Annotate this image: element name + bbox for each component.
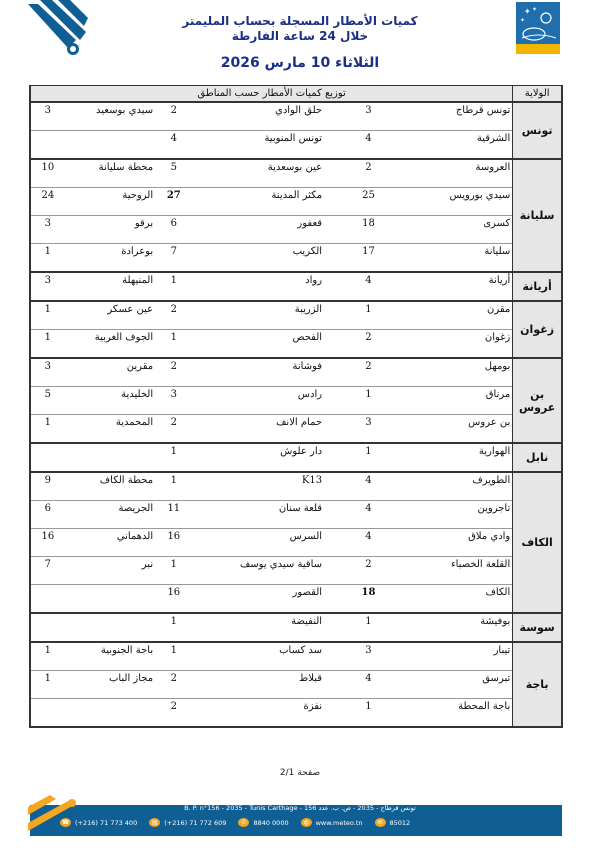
- station-name-2: الكريب: [193, 244, 325, 273]
- table-row: سوسةبوفيشة1النفيضة1: [30, 613, 562, 642]
- rain-value-2: 6: [155, 216, 192, 244]
- rain-value-1: 18: [324, 585, 413, 614]
- globe-icon: ◍: [301, 818, 312, 827]
- table-row: الكاف18القصور16: [30, 585, 562, 614]
- station-name-2: السرس: [193, 529, 325, 557]
- rain-value-3: 6: [30, 501, 65, 529]
- rain-value-1: 1: [324, 387, 413, 415]
- rain-value-2: 2: [155, 671, 192, 699]
- rain-value-3: 24: [30, 188, 65, 216]
- footer-contacts: ☎(+216) 71 773 400 ▤(+216) 71 772 609 ✆8…: [60, 818, 560, 827]
- station-name-3: عين عسكر: [65, 301, 155, 330]
- station-name-3: مقرين: [65, 358, 155, 387]
- rain-value-2: 1: [155, 472, 192, 501]
- rain-value-1: 2: [324, 330, 413, 359]
- rain-value-2: 2: [155, 699, 192, 728]
- station-name-3: باجة الجنوبية: [65, 642, 155, 671]
- rain-value-2: 27: [155, 188, 192, 216]
- rain-value-3: 9: [30, 472, 65, 501]
- station-name-3: الجوف الغربية: [65, 330, 155, 359]
- station-name-2: دار علوش: [193, 443, 325, 472]
- hotline-icon: ✆: [238, 818, 249, 827]
- rain-value-3: 7: [30, 557, 65, 585]
- station-name-1: القلعة الخصباء: [413, 557, 513, 585]
- station-name-3: الروحية: [65, 188, 155, 216]
- sms-text: 85012: [390, 819, 411, 827]
- footer-phone: ☎(+216) 71 773 400: [60, 818, 137, 827]
- rain-value-1: 3: [324, 102, 413, 131]
- rain-value-3: 1: [30, 415, 65, 444]
- table-row: باجةتيبار3سد كساب1باجة الجنوبية1: [30, 642, 562, 671]
- rain-value-3: 10: [30, 159, 65, 188]
- station-name-2: K13: [193, 472, 325, 501]
- svg-text:✦: ✦: [524, 7, 531, 16]
- station-name-1: الطويرف: [413, 472, 513, 501]
- wilaya-cell: باجة: [513, 642, 562, 727]
- rain-value-3: 3: [30, 216, 65, 244]
- rain-value-1: 1: [324, 613, 413, 642]
- rain-value-3: 1: [30, 301, 65, 330]
- svg-text:✦: ✦: [532, 6, 537, 13]
- rain-value-3: 1: [30, 642, 65, 671]
- station-name-2: ساقية سيدي يوسف: [193, 557, 325, 585]
- station-name-1: الهوارية: [413, 443, 513, 472]
- wilaya-cell: نابل: [513, 443, 562, 472]
- station-name-3: محطة سليانة: [65, 159, 155, 188]
- station-name-2: سد كساب: [193, 642, 325, 671]
- station-name-1: تيبار: [413, 642, 513, 671]
- table-row: سليانةالعروسة2عين بوسعدية5محطة سليانة10: [30, 159, 562, 188]
- rain-value-3: [30, 585, 65, 614]
- wilaya-cell: سليانة: [513, 159, 562, 272]
- table-row: القلعة الخصباء2ساقية سيدي يوسف1نبر7: [30, 557, 562, 585]
- station-name-2: رادس: [193, 387, 325, 415]
- table-row: تاجروين4قلعة سنان11الجريصة6: [30, 501, 562, 529]
- station-name-1: بن عروس: [413, 415, 513, 444]
- rain-value-2: 4: [155, 131, 192, 160]
- rain-value-3: 3: [30, 272, 65, 301]
- wilaya-cell: بن عروس: [513, 358, 562, 443]
- table-row: سيدي بورويس25مكثر المدينة27الروحية24: [30, 188, 562, 216]
- station-name-2: قلعة سنان: [193, 501, 325, 529]
- station-name-2: قبلاط: [193, 671, 325, 699]
- station-name-3: نبر: [65, 557, 155, 585]
- station-name-1: باجة المحطة: [413, 699, 513, 728]
- rain-value-2: 1: [155, 557, 192, 585]
- rainfall-table: الولاية توزيع كميات الأمطار حسب المناطق …: [29, 85, 563, 728]
- footer-website[interactable]: ◍www.meteo.tn: [301, 818, 363, 827]
- title-line-1: كميات الأمطار المسجلة بحساب المليمتر: [150, 14, 450, 29]
- station-name-1: زغوان: [413, 330, 513, 359]
- station-name-2: مكثر المدينة: [193, 188, 325, 216]
- rain-value-1: 4: [324, 501, 413, 529]
- rain-value-1: 4: [324, 529, 413, 557]
- station-name-3: برقو: [65, 216, 155, 244]
- fax-icon: ▤: [149, 818, 160, 827]
- hotline-text: 8840 0000: [253, 819, 288, 827]
- rain-value-1: 4: [324, 272, 413, 301]
- station-name-3: الخليدية: [65, 387, 155, 415]
- table-row: زغوان2الفحص1الجوف الغربية1: [30, 330, 562, 359]
- rain-value-3: [30, 613, 65, 642]
- station-name-3: [65, 443, 155, 472]
- phone-text: (+216) 71 773 400: [75, 819, 137, 827]
- rain-value-2: 2: [155, 301, 192, 330]
- rain-value-2: 1: [155, 443, 192, 472]
- rain-value-1: 2: [324, 358, 413, 387]
- station-name-3: [65, 699, 155, 728]
- footer-address: B. P. n°156 - 2035 - Tunis Carthage - تو…: [70, 804, 530, 812]
- station-name-3: الدهماني: [65, 529, 155, 557]
- station-name-1: الشرقية: [413, 131, 513, 160]
- wilaya-cell: تونس: [513, 102, 562, 159]
- footer-hotline: ✆8840 0000: [238, 818, 288, 827]
- rain-value-3: 5: [30, 387, 65, 415]
- table-row: كسرى18قعفور6برقو3: [30, 216, 562, 244]
- rain-value-1: 3: [324, 415, 413, 444]
- wilaya-cell: سوسة: [513, 613, 562, 642]
- wilaya-cell: زغوان: [513, 301, 562, 358]
- station-name-3: [65, 585, 155, 614]
- table-row: الكافالطويرف4K131محطة الكاف9: [30, 472, 562, 501]
- report-date: الثلاثاء 10 مارس 2026: [150, 55, 450, 71]
- station-name-1: مقرن: [413, 301, 513, 330]
- stripes-logo-icon: [28, 0, 88, 58]
- footer-fax: ▤(+216) 71 772 609: [149, 818, 226, 827]
- rain-value-2: 2: [155, 415, 192, 444]
- station-name-1: وادي ملاق: [413, 529, 513, 557]
- fax-text: (+216) 71 772 609: [164, 819, 226, 827]
- station-name-1: كسرى: [413, 216, 513, 244]
- station-name-2: تونس المنوبية: [193, 131, 325, 160]
- station-name-2: الفحص: [193, 330, 325, 359]
- station-name-1: سليانة: [413, 244, 513, 273]
- station-name-1: سيدي بورويس: [413, 188, 513, 216]
- station-name-1: بومهل: [413, 358, 513, 387]
- station-name-2: الزريبة: [193, 301, 325, 330]
- rain-value-1: 18: [324, 216, 413, 244]
- rain-value-2: 2: [155, 102, 192, 131]
- rain-value-1: 17: [324, 244, 413, 273]
- station-name-1: تبرسق: [413, 671, 513, 699]
- station-name-3: بوعرادة: [65, 244, 155, 273]
- station-name-3: سيدي بوسعيد: [65, 102, 155, 131]
- sms-icon: ✉: [375, 818, 386, 827]
- rain-value-2: 3: [155, 387, 192, 415]
- wilaya-cell: أريانة: [513, 272, 562, 301]
- rain-value-3: [30, 443, 65, 472]
- table-row: نابلالهوارية1دار علوش1: [30, 443, 562, 472]
- rain-value-3: 1: [30, 330, 65, 359]
- station-name-1: تاجروين: [413, 501, 513, 529]
- table-row: زغوانمقرن1الزريبة2عين عسكر1: [30, 301, 562, 330]
- rain-value-2: 16: [155, 585, 192, 614]
- rain-value-2: 2: [155, 358, 192, 387]
- rain-value-3: [30, 699, 65, 728]
- svg-text:✦: ✦: [520, 17, 525, 24]
- station-name-1: تونس قرطاج: [413, 102, 513, 131]
- station-name-2: القصور: [193, 585, 325, 614]
- rain-value-1: 3: [324, 642, 413, 671]
- rain-value-1: 4: [324, 671, 413, 699]
- station-name-3: محطة الكاف: [65, 472, 155, 501]
- website-link[interactable]: www.meteo.tn: [316, 819, 363, 827]
- station-name-2: رواد: [193, 272, 325, 301]
- station-name-2: نفزة: [193, 699, 325, 728]
- rain-value-2: 1: [155, 642, 192, 671]
- station-name-1: العروسة: [413, 159, 513, 188]
- rain-value-1: 4: [324, 131, 413, 160]
- rain-value-1: 25: [324, 188, 413, 216]
- title-line-2: خلال 24 ساعة الفارطة: [150, 29, 450, 44]
- station-name-3: المنيهلة: [65, 272, 155, 301]
- table-row: بن عروسبومهل2فوشانة2مقرين3: [30, 358, 562, 387]
- station-name-2: النفيضة: [193, 613, 325, 642]
- rain-value-2: 5: [155, 159, 192, 188]
- inm-logo-icon: ✦ ✦ ✦: [516, 2, 560, 54]
- station-name-1: مرناق: [413, 387, 513, 415]
- header-distribution: توزيع كميات الأمطار حسب المناطق: [30, 86, 513, 103]
- rain-value-2: 16: [155, 529, 192, 557]
- document-title: كميات الأمطار المسجلة بحساب المليمتر خلا…: [150, 14, 450, 44]
- station-name-3: المحمدية: [65, 415, 155, 444]
- table-row: مرناق1رادس3الخليدية5: [30, 387, 562, 415]
- table-row: وادي ملاق4السرس16الدهماني16: [30, 529, 562, 557]
- rain-value-2: 1: [155, 272, 192, 301]
- rain-value-1: 1: [324, 301, 413, 330]
- table-row: تونستونس قرطاج3حلق الوادي2سيدي بوسعيد3: [30, 102, 562, 131]
- table-row: أريانةأريانة4رواد1المنيهلة3: [30, 272, 562, 301]
- station-name-2: حلق الوادي: [193, 102, 325, 131]
- station-name-3: [65, 613, 155, 642]
- rain-value-2: 1: [155, 330, 192, 359]
- table-row: بن عروس3حمام الانف2المحمدية1: [30, 415, 562, 444]
- station-name-3: الجريصة: [65, 501, 155, 529]
- station-name-3: [65, 131, 155, 160]
- station-name-2: عين بوسعدية: [193, 159, 325, 188]
- station-name-2: قعفور: [193, 216, 325, 244]
- footer-sms: ✉85012: [375, 818, 411, 827]
- table-header-row: الولاية توزيع كميات الأمطار حسب المناطق: [30, 86, 562, 103]
- rain-value-3: 3: [30, 358, 65, 387]
- rain-value-2: 7: [155, 244, 192, 273]
- rain-value-1: 1: [324, 699, 413, 728]
- rain-value-1: 1: [324, 443, 413, 472]
- rain-value-2: 11: [155, 501, 192, 529]
- rain-value-3: 3: [30, 102, 65, 131]
- rain-value-3: 1: [30, 671, 65, 699]
- table-row: تبرسق4قبلاط2مجاز الباب1: [30, 671, 562, 699]
- rain-value-1: 4: [324, 472, 413, 501]
- station-name-2: حمام الانف: [193, 415, 325, 444]
- table-row: الشرقية4تونس المنوبية4: [30, 131, 562, 160]
- station-name-3: مجاز الباب: [65, 671, 155, 699]
- rain-value-3: 16: [30, 529, 65, 557]
- station-name-1: أريانة: [413, 272, 513, 301]
- rain-value-2: 1: [155, 613, 192, 642]
- wilaya-cell: الكاف: [513, 472, 562, 613]
- table-row: سليانة17الكريب7بوعرادة1: [30, 244, 562, 273]
- header-wilaya: الولاية: [513, 86, 562, 103]
- station-name-1: الكاف: [413, 585, 513, 614]
- rain-value-1: 2: [324, 159, 413, 188]
- station-name-2: فوشانة: [193, 358, 325, 387]
- station-name-1: بوفيشة: [413, 613, 513, 642]
- table-row: باجة المحطة1نفزة2: [30, 699, 562, 728]
- footer-stripes-icon: [28, 795, 88, 837]
- phone-icon: ☎: [60, 818, 71, 827]
- rain-value-1: 2: [324, 557, 413, 585]
- page-number: صفحة 2/1: [0, 768, 600, 778]
- rain-value-3: 1: [30, 244, 65, 273]
- rain-value-3: [30, 131, 65, 160]
